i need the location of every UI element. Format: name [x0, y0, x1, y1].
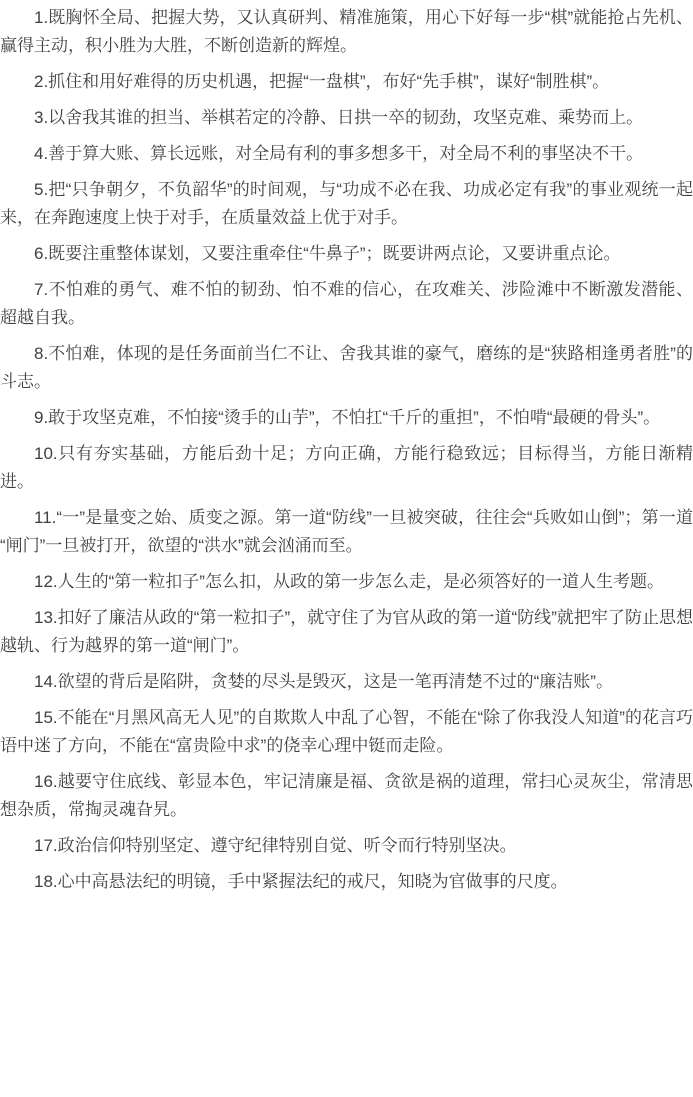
paragraph-8: 8.不怕难，体现的是任务面前当仁不让、舍我其谁的豪气，磨练的是“狭路相逢勇者胜”… — [0, 340, 693, 396]
paragraph-12: 12.人生的“第一粒扣子”怎么扣，从政的第一步怎么走，是必须答好的一道人生考题。 — [0, 568, 693, 596]
paragraph-2: 2.抓住和用好难得的历史机遇，把握“一盘棋”，布好“先手棋”，谋好“制胜棋”。 — [0, 68, 693, 96]
paragraph-9: 9.敢于攻坚克难，不怕接“烫手的山芋”，不怕扛“千斤的重担”，不怕啃“最硬的骨头… — [0, 404, 693, 432]
paragraph-3: 3.以舍我其谁的担当、举棋若定的冷静、日拱一卒的韧劲，攻坚克难、乘势而上。 — [0, 104, 693, 132]
paragraph-4: 4.善于算大账、算长远账，对全局有利的事多想多干，对全局不利的事坚决不干。 — [0, 140, 693, 168]
paragraph-16: 16.越要守住底线、彰显本色，牢记清廉是福、贪欲是祸的道理，常扫心灵灰尘，常清思… — [0, 768, 693, 824]
paragraph-7: 7.不怕难的勇气、难不怕的韧劲、怕不难的信心，在攻难关、涉险滩中不断激发潜能、超… — [0, 276, 693, 332]
paragraph-11: 11.“一”是量变之始、质变之源。第一道“防线”一旦被突破，往往会“兵败如山倒”… — [0, 504, 693, 560]
paragraph-18: 18.心中高悬法纪的明镜，手中紧握法纪的戒尺，知晓为官做事的尺度。 — [0, 868, 693, 896]
document-page: 1.既胸怀全局、把握大势，又认真研判、精准施策，用心下好每一步“棋”就能抢占先机… — [0, 0, 693, 896]
paragraph-1: 1.既胸怀全局、把握大势，又认真研判、精准施策，用心下好每一步“棋”就能抢占先机… — [0, 4, 693, 60]
paragraph-5: 5.把“只争朝夕，不负韶华”的时间观，与“功成不必在我、功成必定有我”的事业观统… — [0, 176, 693, 232]
paragraph-15: 15.不能在“月黑风高无人见”的自欺欺人中乱了心智，不能在“除了你我没人知道”的… — [0, 704, 693, 760]
paragraph-14: 14.欲望的背后是陷阱，贪婪的尽头是毁灭，这是一笔再清楚不过的“廉洁账”。 — [0, 668, 693, 696]
paragraph-6: 6.既要注重整体谋划，又要注重牵住“牛鼻子”；既要讲两点论，又要讲重点论。 — [0, 240, 693, 268]
paragraph-10: 10.只有夯实基础，方能后劲十足；方向正确，方能行稳致远；目标得当，方能日渐精进… — [0, 440, 693, 496]
paragraph-13: 13.扣好了廉洁从政的“第一粒扣子”，就守住了为官从政的第一道“防线”就把牢了防… — [0, 604, 693, 660]
paragraph-17: 17.政治信仰特别坚定、遵守纪律特别自觉、听令而行特别坚决。 — [0, 832, 693, 860]
